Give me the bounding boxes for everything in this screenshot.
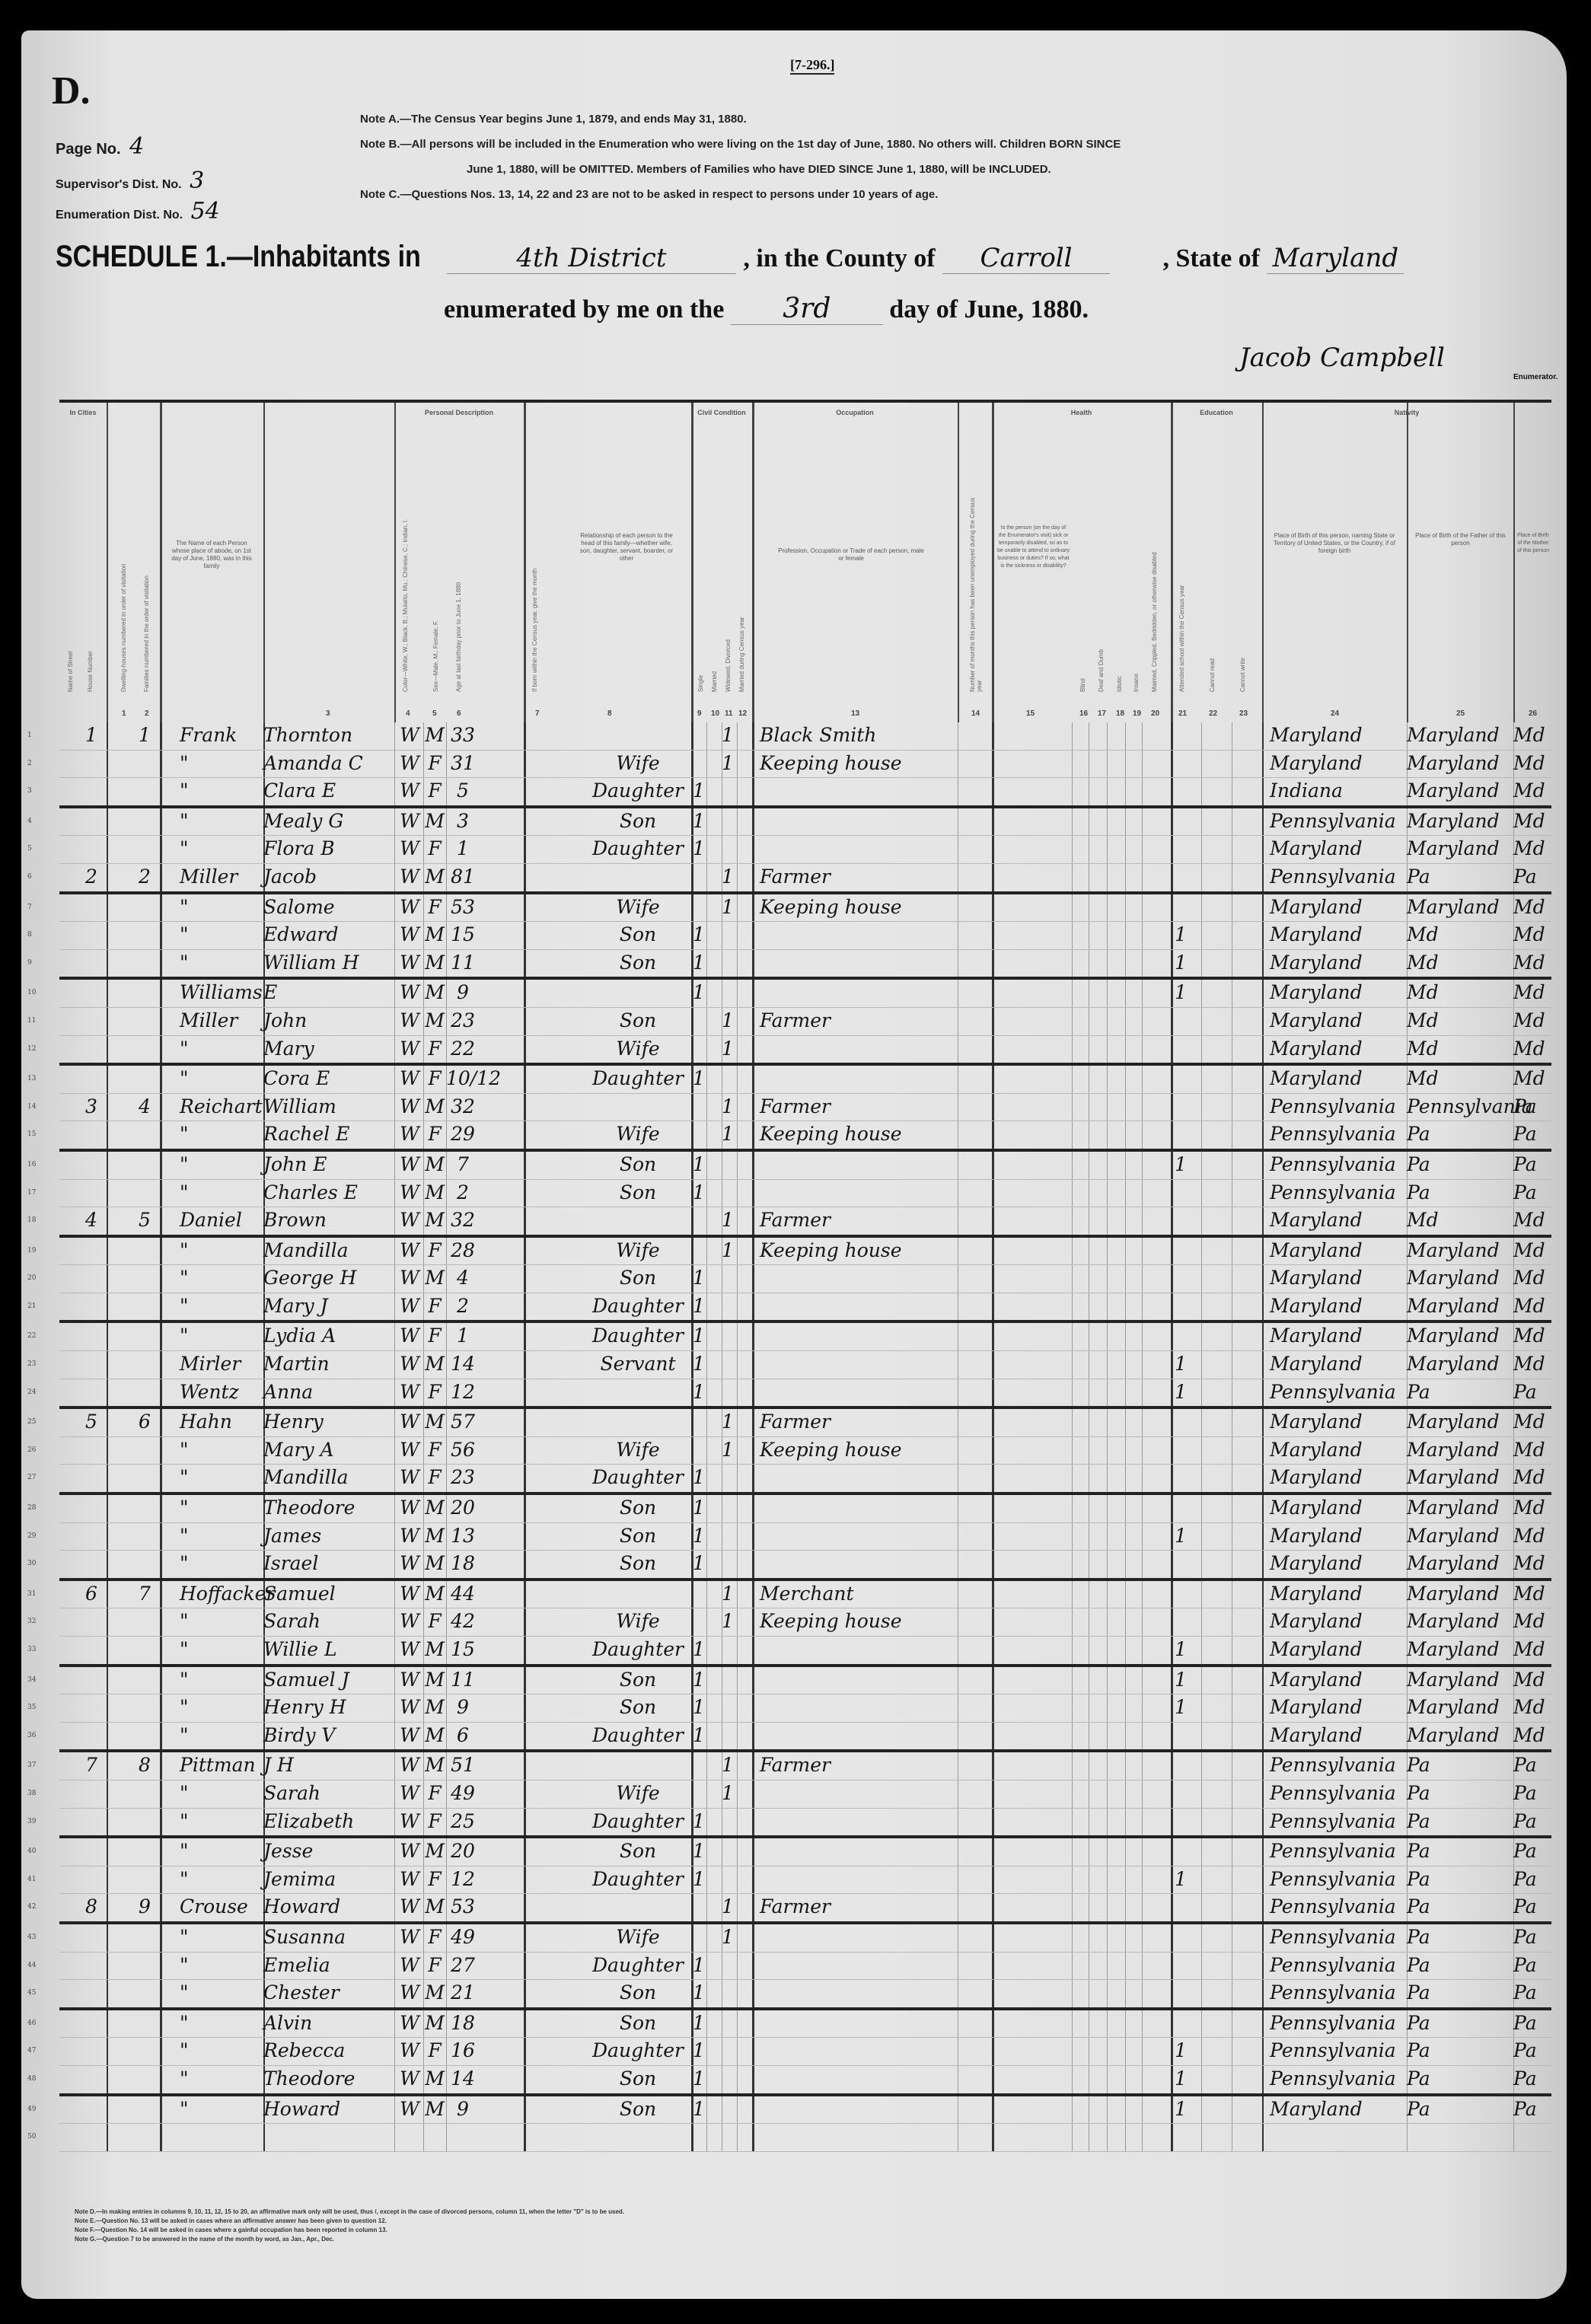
occupation-cell: Farmer: [760, 866, 958, 888]
single-mark-cell: 1: [691, 2067, 706, 2090]
given-name-cell: Theodore: [263, 1497, 393, 1519]
name-column-caption: The Name of each Person whose place of a…: [170, 540, 253, 570]
sex-cell: F: [423, 1067, 446, 1089]
col-num-22: 22: [1209, 709, 1217, 718]
relationship-cell: Wife: [585, 1439, 691, 1461]
family-number-cell: 2: [129, 866, 160, 888]
maimed-caption: Maimed, Crippled, Bedridden, or otherwis…: [1151, 494, 1158, 692]
surname-cell: Mirler: [180, 1353, 263, 1375]
table-row: 40"JesseWM20Son1PennsylvaniaPaPa: [59, 1838, 1551, 1867]
col-num-5: 5: [432, 709, 437, 718]
sickness-column-caption: Is the person (on the day of the Enumera…: [997, 524, 1070, 570]
table-row: 24WentzAnnaWF1211PennsylvaniaPaPa: [59, 1379, 1551, 1410]
given-name-cell: Jesse: [263, 1840, 393, 1862]
enumerated-label: enumerated by me on the: [444, 295, 724, 324]
father-birthplace-cell: Maryland: [1407, 1724, 1513, 1746]
given-name-cell: Amanda C: [263, 752, 393, 774]
relationship-cell: Son: [585, 1669, 691, 1691]
table-row: 11MillerJohnWM23Son1FarmerMarylandMdMd: [59, 1008, 1551, 1036]
idiotic-caption: Idiotic: [1116, 494, 1123, 692]
day-value: 3rd: [731, 293, 883, 325]
married-mark-cell: 1: [720, 724, 735, 746]
birthplace-cell: Pennsylvania: [1270, 1868, 1407, 1890]
married-mark-cell: 1: [720, 752, 735, 774]
sex-cell: F: [423, 1239, 446, 1261]
table-row: 1434ReichartWilliamWM321FarmerPennsylvan…: [59, 1094, 1551, 1122]
married-mark-cell: 1: [720, 1439, 735, 1461]
color-cell: W: [394, 1095, 425, 1117]
school-mark-cell: 1: [1173, 1638, 1188, 1660]
surname-cell: ": [180, 810, 263, 832]
color-cell: W: [394, 1868, 425, 1890]
line-number-cell: 50: [27, 2133, 36, 2141]
table-header: In Cities Personal Description Civil Con…: [59, 400, 1551, 722]
note-a: Note A.—The Census Year begins June 1, 1…: [360, 107, 1548, 132]
line-number-cell: 45: [27, 1989, 36, 1997]
sex-cell: M: [423, 1525, 446, 1547]
birthplace-cell: Pennsylvania: [1270, 1926, 1407, 1948]
birthplace-cell: Maryland: [1270, 981, 1407, 1003]
line-number-cell: 20: [27, 1274, 36, 1282]
table-row: 48"TheodoreWM14Son11PennsylvaniaPaPa: [59, 2066, 1551, 2096]
surname-cell: ": [180, 2012, 263, 2034]
occupation-cell: Farmer: [760, 1209, 958, 1231]
table-row: 41"JemimaWF12Daughter11PennsylvaniaPaPa: [59, 1867, 1551, 1895]
married-in-year-caption: Married during Census year: [738, 494, 745, 692]
relationship-cell: Wife: [585, 752, 691, 774]
relationship-cell: Son: [585, 2098, 691, 2120]
county-value: Carroll: [942, 243, 1110, 274]
table-row: 622MillerJacobWM811FarmerPennsylvaniaPaP…: [59, 864, 1551, 894]
surname-cell: ": [180, 1325, 263, 1347]
mother-birthplace-cell: Md: [1513, 1525, 1559, 1547]
age-cell: 11: [446, 952, 480, 974]
relationship-cell: Son: [585, 1696, 691, 1718]
relationship-cell: Daughter: [585, 2039, 691, 2061]
table-row: 47"RebeccaWF16Daughter11PennsylvaniaPaPa: [59, 2038, 1551, 2066]
mother-birthplace-cell: Pa: [1513, 866, 1559, 888]
relationship-cell: Son: [585, 2067, 691, 2090]
dwelling-number-cell: 1: [76, 724, 107, 746]
married-mark-cell: 1: [720, 1895, 735, 1918]
relationship-cell: Son: [585, 1981, 691, 2004]
school-mark-cell: 1: [1173, 923, 1188, 945]
father-birthplace-cell: Maryland: [1407, 1552, 1513, 1574]
group-in-cities: In Cities: [59, 409, 107, 416]
surname-cell: Williams: [180, 981, 263, 1003]
col-num-4: 4: [406, 709, 410, 718]
father-birthplace-cell: Maryland: [1407, 1295, 1513, 1317]
col-num-17: 17: [1098, 709, 1106, 718]
sex-cell: M: [423, 1411, 446, 1433]
occupation-cell: Farmer: [760, 1411, 958, 1433]
given-name-cell: E: [263, 981, 393, 1003]
mother-birthplace-cell: Pa: [1513, 1981, 1559, 2004]
surname-cell: ": [180, 1497, 263, 1519]
table-row: 7"SalomeWF53Wife1Keeping houseMarylandMa…: [59, 894, 1551, 923]
single-mark-cell: 1: [691, 1381, 706, 1403]
sex-cell: F: [423, 2039, 446, 2061]
relationship-cell: Daughter: [585, 1638, 691, 1660]
col-num-23: 23: [1239, 709, 1248, 718]
married-mark-cell: 1: [720, 1209, 735, 1231]
mother-birthplace-cell: Pa: [1513, 1153, 1559, 1175]
given-name-cell: Clara E: [263, 779, 393, 802]
supervisor-district-field: Supervisor's Dist. No. 3: [56, 167, 204, 194]
table-row: 2556HahnHenryWM571FarmerMarylandMaryland…: [59, 1409, 1551, 1437]
age-cell: 27: [446, 1954, 480, 1976]
month-born-caption: If born within the Census year, give the…: [531, 494, 538, 692]
father-birthplace-cell: Maryland: [1407, 1239, 1513, 1261]
surname-cell: Frank: [180, 724, 263, 746]
birthplace-cell: Maryland: [1270, 1724, 1407, 1746]
relationship-cell: Son: [585, 923, 691, 945]
mother-birthplace-cell: Md: [1513, 1295, 1559, 1317]
surname-cell: ": [180, 1295, 263, 1317]
age-cell: 2: [446, 1181, 480, 1203]
married-mark-cell: 1: [720, 1411, 735, 1433]
father-birthplace-cell: Pa: [1407, 1840, 1513, 1862]
col-num-20: 20: [1151, 709, 1159, 718]
mother-birthplace-cell: Md: [1513, 1669, 1559, 1691]
table-row: 36"Birdy VWM6Daughter1MarylandMarylandMd: [59, 1723, 1551, 1753]
line-number-cell: 11: [27, 1017, 36, 1025]
given-name-cell: William: [263, 1095, 393, 1117]
deaf-dumb-caption: Deaf and Dumb: [1098, 494, 1105, 692]
school-mark-cell: 1: [1173, 981, 1188, 1003]
age-cell: 33: [446, 724, 480, 746]
relationship-cell: Daughter: [585, 1810, 691, 1832]
color-cell: W: [394, 724, 425, 746]
given-name-cell: Thornton: [263, 724, 393, 746]
surname-cell: Hoffacker: [180, 1583, 263, 1605]
house-number-caption: House Number: [87, 494, 94, 692]
color-cell: W: [394, 779, 425, 802]
form-letter: D.: [52, 69, 91, 113]
table-row: 10WilliamsEWM911MarylandMdMd: [59, 980, 1551, 1008]
married-mark-cell: 1: [720, 1009, 735, 1031]
given-name-cell: Sarah: [263, 1782, 393, 1804]
sex-cell: F: [423, 1954, 446, 1976]
attended-school-caption: Attended school within the Census year: [1178, 494, 1185, 692]
sex-cell: M: [423, 1583, 446, 1605]
mother-birthplace-cell: Pa: [1513, 2098, 1559, 2120]
dwelling-number-cell: 5: [76, 1411, 107, 1433]
single-mark-cell: 1: [691, 1353, 706, 1375]
sex-cell: F: [423, 837, 446, 859]
married-mark-cell: 1: [720, 1610, 735, 1632]
relationship-cell: Wife: [585, 1239, 691, 1261]
enumeration-district-field: Enumeration Dist. No. 54: [56, 198, 220, 225]
note-b-cont: June 1, 1880, will be OMITTED. Members o…: [360, 157, 1548, 182]
table-row: 23MirlerMartinWM14Servant11MarylandMaryl…: [59, 1351, 1551, 1379]
single-mark-cell: 1: [691, 1525, 706, 1547]
given-name-cell: Cora E: [263, 1067, 393, 1089]
line-number-cell: 41: [27, 1876, 36, 1883]
supervisor-district-value: 3: [190, 167, 204, 194]
surname-cell: Wentz: [180, 1381, 263, 1403]
sex-cell: M: [423, 1696, 446, 1718]
color-cell: W: [394, 837, 425, 859]
age-cell: 81: [446, 866, 480, 888]
table-row: 45"ChesterWM21Son1PennsylvaniaPaPa: [59, 1980, 1551, 2010]
father-birthplace-cell: Md: [1407, 981, 1513, 1003]
mother-birthplace-cell: Md: [1513, 1009, 1559, 1031]
single-mark-cell: 1: [691, 1067, 706, 1089]
color-cell: W: [394, 1381, 425, 1403]
birthplace-cell: Pennsylvania: [1270, 810, 1407, 832]
father-birthplace-cell: Maryland: [1407, 1525, 1513, 1547]
schedule-label: SCHEDULE 1.—Inhabitants in: [56, 240, 421, 274]
sex-cell: M: [423, 952, 446, 974]
line-number-cell: 28: [27, 1504, 36, 1512]
sex-cell: M: [423, 1724, 446, 1746]
surname-cell: ": [180, 1981, 263, 2004]
sex-cell: M: [423, 1153, 446, 1175]
cannot-read-caption: Cannot read: [1209, 494, 1216, 692]
enumeration-district-value: 54: [191, 198, 220, 225]
color-cell: W: [394, 2098, 425, 2120]
census-table: In Cities Personal Description Civil Con…: [59, 400, 1551, 2152]
surname-cell: ": [180, 1525, 263, 1547]
mother-birthplace-cell: Pa: [1513, 1123, 1559, 1145]
color-cell: W: [394, 1840, 425, 1862]
single-mark-cell: 1: [691, 810, 706, 832]
birthplace-cell: Pennsylvania: [1270, 1095, 1407, 1117]
married-mark-cell: 1: [720, 1239, 735, 1261]
page-number-value: 4: [129, 133, 144, 160]
given-name-cell: Susanna: [263, 1926, 393, 1948]
mother-birthplace-cell: Pa: [1513, 1782, 1559, 1804]
note-c: Note C.—Questions Nos. 13, 14, 22 and 23…: [360, 182, 1548, 207]
sex-cell: M: [423, 1669, 446, 1691]
given-name-cell: James: [263, 1525, 393, 1547]
surname-cell: ": [180, 1840, 263, 1862]
given-name-cell: Rachel E: [263, 1123, 393, 1145]
birthplace-cell: Maryland: [1270, 1038, 1407, 1060]
birthplace-column-caption: Place of Birth of this person, naming St…: [1270, 532, 1399, 555]
census-page: D. [7-296.] Page No. 4 Supervisor's Dist…: [21, 30, 1567, 2299]
color-cell: W: [394, 1810, 425, 1832]
single-mark-cell: 1: [691, 2098, 706, 2120]
married-mark-cell: 1: [720, 1038, 735, 1060]
relationship-cell: Son: [585, 1552, 691, 1574]
relationship-cell: Daughter: [585, 1868, 691, 1890]
line-number-cell: 34: [27, 1676, 36, 1684]
birthplace-cell: Pennsylvania: [1270, 1810, 1407, 1832]
given-name-cell: J H: [263, 1754, 393, 1776]
single-mark-cell: 1: [691, 2039, 706, 2061]
relationship-cell: Son: [585, 1840, 691, 1862]
color-cell: W: [394, 1583, 425, 1605]
birthplace-cell: Maryland: [1270, 1439, 1407, 1461]
married-mark-cell: 1: [720, 1926, 735, 1948]
col-num-19: 19: [1133, 709, 1141, 718]
footnote-f: Note F.—Question No. 14 will be asked in…: [75, 2226, 624, 2235]
line-number-cell: 39: [27, 1818, 36, 1825]
surname-cell: ": [180, 1466, 263, 1488]
age-cell: 57: [446, 1411, 480, 1433]
place-value: 4th District: [447, 243, 736, 274]
father-birthplace-cell: Maryland: [1407, 752, 1513, 774]
table-row: 3"Clara EWF5Daughter1IndianaMarylandMd: [59, 778, 1551, 808]
school-mark-cell: 1: [1173, 1153, 1188, 1175]
father-birthplace-cell: Maryland: [1407, 1696, 1513, 1718]
line-number-cell: 26: [27, 1446, 36, 1454]
sex-cell: M: [423, 1267, 446, 1289]
birthplace-cell: Pennsylvania: [1270, 1840, 1407, 1862]
father-birthplace-cell: Pa: [1407, 1954, 1513, 1976]
line-number-cell: 21: [27, 1302, 36, 1310]
col-num-12: 12: [738, 709, 747, 718]
age-cell: 9: [446, 2098, 480, 2120]
age-caption: Age at last birthday prior to June 1, 18…: [455, 494, 462, 692]
school-mark-cell: 1: [1173, 1353, 1188, 1375]
color-cell: W: [394, 896, 425, 918]
surname-cell: ": [180, 1181, 263, 1203]
sex-cell: F: [423, 1466, 446, 1488]
given-name-cell: Martin: [263, 1353, 393, 1375]
school-mark-cell: 1: [1173, 2098, 1188, 2120]
line-number-cell: 23: [27, 1360, 36, 1368]
single-mark-cell: 1: [691, 1954, 706, 1976]
table-row: 4"Mealy GWM3Son1PennsylvaniaMarylandMd: [59, 808, 1551, 837]
table-row: 32"SarahWF42Wife1Keeping houseMarylandMa…: [59, 1608, 1551, 1637]
age-cell: 56: [446, 1439, 480, 1461]
mother-birthplace-cell: Pa: [1513, 2012, 1559, 2034]
father-birthplace-cell: Md: [1407, 1209, 1513, 1231]
relationship-cell: Servant: [585, 1353, 691, 1375]
relationship-cell: Son: [585, 1009, 691, 1031]
line-number-cell: 5: [27, 845, 32, 853]
col-num-10: 10: [711, 709, 719, 718]
surname-cell: Pittman: [180, 1754, 263, 1776]
given-name-cell: Edward: [263, 923, 393, 945]
footnote-g: Note G.—Question 7 to be answered in the…: [75, 2235, 624, 2244]
census-notes: Note A.—The Census Year begins June 1, 1…: [360, 107, 1548, 207]
age-cell: 14: [446, 1353, 480, 1375]
sex-cell: M: [423, 1353, 446, 1375]
age-cell: 25: [446, 1810, 480, 1832]
given-name-cell: Willie L: [263, 1638, 393, 1660]
given-name-cell: Mary J: [263, 1295, 393, 1317]
school-mark-cell: 1: [1173, 952, 1188, 974]
relationship-cell: Daughter: [585, 1724, 691, 1746]
dwelling-number-cell: 2: [76, 866, 107, 888]
color-cell: W: [394, 2067, 425, 2090]
single-mark-cell: 1: [691, 1868, 706, 1890]
family-number-cell: 9: [129, 1895, 160, 1918]
birthplace-cell: Maryland: [1270, 1638, 1407, 1660]
father-birthplace-cell: Pa: [1407, 2012, 1513, 2034]
mother-birthplace-cell: Md: [1513, 981, 1559, 1003]
relationship-cell: Daughter: [585, 1295, 691, 1317]
surname-cell: ": [180, 1610, 263, 1632]
surname-cell: Daniel: [180, 1209, 263, 1231]
group-education: Education: [1171, 409, 1262, 416]
age-cell: 7: [446, 1153, 480, 1175]
school-mark-cell: 1: [1173, 2039, 1188, 2061]
footnote-e: Note E.—Question No. 13 will be asked in…: [75, 2217, 624, 2226]
color-cell: W: [394, 1466, 425, 1488]
occupation-cell: Keeping house: [760, 1239, 958, 1261]
age-cell: 12: [446, 1868, 480, 1890]
mother-birthplace-cell: Md: [1513, 1038, 1559, 1060]
birthplace-cell: Maryland: [1270, 1610, 1407, 1632]
cannot-write-caption: Cannot write: [1239, 494, 1246, 692]
col-num-6: 6: [457, 709, 461, 718]
table-row: 20"George HWM4Son1MarylandMarylandMd: [59, 1265, 1551, 1293]
col-num-15: 15: [1026, 709, 1035, 718]
color-cell: W: [394, 1497, 425, 1519]
unemployed-caption: Number of months this person has been un…: [969, 494, 983, 692]
mother-birthplace-cell: Pa: [1513, 1754, 1559, 1776]
relationship-cell: Son: [585, 1525, 691, 1547]
school-mark-cell: 1: [1173, 2067, 1188, 2090]
line-number-cell: 35: [27, 1704, 36, 1711]
age-cell: 28: [446, 1239, 480, 1261]
given-name-cell: Mary: [263, 1038, 393, 1060]
given-name-cell: William H: [263, 952, 393, 974]
father-birthplace-cell: Pa: [1407, 1123, 1513, 1145]
married-mark-cell: 1: [720, 896, 735, 918]
surname-cell: ": [180, 1954, 263, 1976]
father-birthplace-cell: Md: [1407, 1009, 1513, 1031]
occupation-cell: Black Smith: [760, 724, 958, 746]
col-num-7: 7: [535, 709, 540, 718]
mother-birthplace-cell: Md: [1513, 952, 1559, 974]
color-cell: W: [394, 1411, 425, 1433]
relationship-cell: Son: [585, 1181, 691, 1203]
line-number-cell: 38: [27, 1790, 36, 1797]
father-birthplace-cell: Pa: [1407, 2067, 1513, 2090]
line-number-cell: 43: [27, 1933, 36, 1941]
enumerator-label: Enumerator.: [1513, 373, 1558, 381]
mother-birthplace-cell: Pa: [1513, 1181, 1559, 1203]
table-row: 28"TheodoreWM20Son1MarylandMarylandMd: [59, 1495, 1551, 1523]
col-num-13: 13: [851, 709, 859, 718]
line-number-cell: 29: [27, 1532, 36, 1540]
table-row: 35"Henry HWM9Son11MarylandMarylandMd: [59, 1694, 1551, 1723]
enumeration-date-line: enumerated by me on the 3rd day of June,…: [444, 293, 1089, 325]
sex-cell: F: [423, 752, 446, 774]
given-name-cell: Birdy V: [263, 1724, 393, 1746]
table-body: 111FrankThorntonWM331Black SmithMaryland…: [59, 722, 1551, 2152]
table-row: 21"Mary JWF2Daughter1MarylandMarylandMd: [59, 1293, 1551, 1324]
line-number-cell: 31: [27, 1590, 36, 1598]
father-birthplace-cell: Pa: [1407, 1181, 1513, 1203]
father-birthplace-cell: Pa: [1407, 1381, 1513, 1403]
age-cell: 18: [446, 1552, 480, 1574]
line-number-cell: 49: [27, 2106, 36, 2113]
father-birthplace-cell: Maryland: [1407, 1610, 1513, 1632]
mother-birthplace-cell: Md: [1513, 1497, 1559, 1519]
father-birthplace-cell: Maryland: [1407, 1583, 1513, 1605]
mother-birthplace-cell: Md: [1513, 1696, 1559, 1718]
given-name-cell: Brown: [263, 1209, 393, 1231]
color-cell: W: [394, 1669, 425, 1691]
group-occupation: Occupation: [752, 409, 958, 416]
color-cell: W: [394, 1038, 425, 1060]
single-mark-cell: 1: [691, 1638, 706, 1660]
form-code: [7-296.]: [790, 57, 834, 75]
birthplace-cell: Maryland: [1270, 896, 1407, 918]
occupation-cell: Farmer: [760, 1895, 958, 1918]
married-mark-cell: 1: [720, 1095, 735, 1117]
line-number-cell: 40: [27, 1847, 36, 1855]
line-number-cell: 37: [27, 1761, 36, 1769]
occupation-cell: Keeping house: [760, 752, 958, 774]
